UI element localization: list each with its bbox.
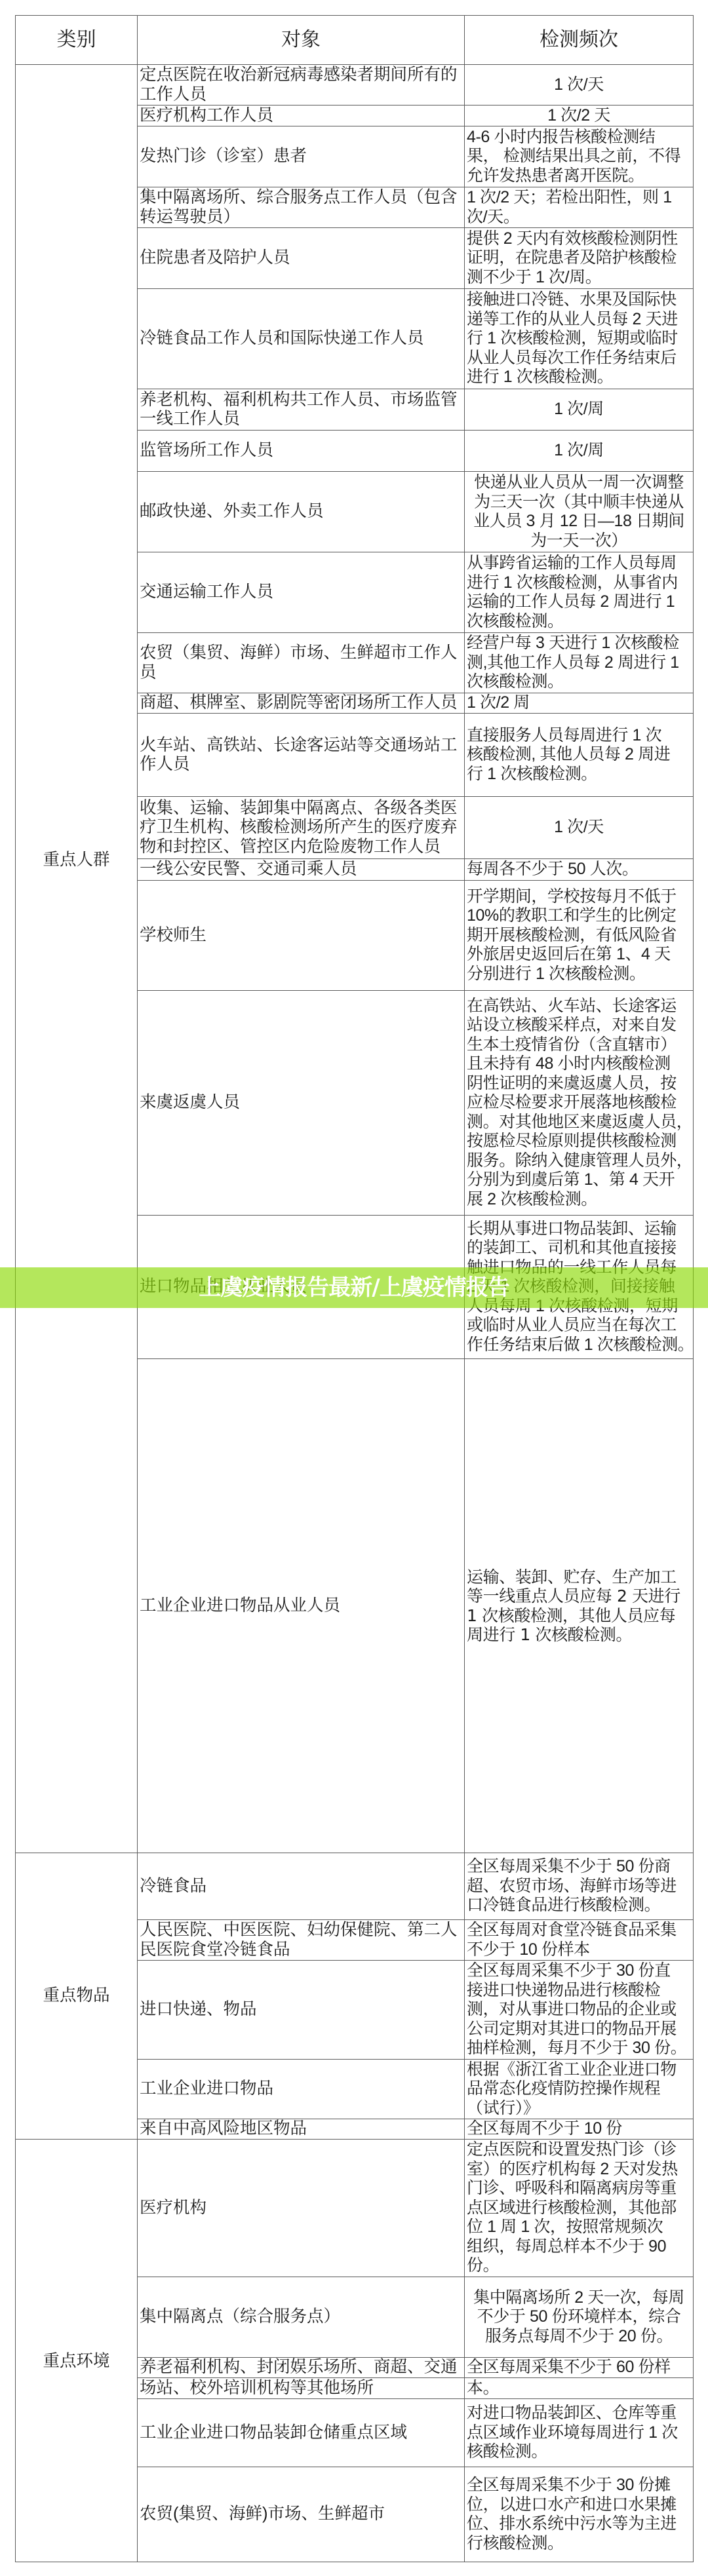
target-cell: 来自中高风险地区物品 — [138, 2119, 465, 2140]
frequency-cell: 开学期间，学校按每月不低于 10%的教职工和学生的比例定 期开展核酸检测，有低风… — [465, 881, 694, 991]
frequency-cell: 每周各不少于 50 人次。 — [465, 859, 694, 881]
frequency-cell: 本。 — [465, 2378, 694, 2399]
header-category: 类别 — [16, 16, 138, 65]
category-cell-key-environments: 重点环境 — [16, 2140, 138, 2562]
target-cell: 养老福利机构、封闭娱乐场所、商超、交通 — [138, 2358, 465, 2378]
frequency-cell: 1 次/周 — [465, 431, 694, 472]
target-cell: 养老机构、福利机构共工作人员、市场监管 一线工作人员 — [138, 389, 465, 431]
target-cell: 农贸（集贸、海鲜）市场、生鲜超市工作人 员 — [138, 633, 465, 693]
target-cell: 火车站、高铁站、长途客运站等交通场站工 作人员 — [138, 714, 465, 797]
frequency-cell: 1 次/天 — [465, 65, 694, 106]
target-cell: 工业企业进口物品装卸仓储重点区域 — [138, 2399, 465, 2467]
watermark-banner: 上虞疫情报告最新/上虞疫情报告 — [0, 1267, 708, 1308]
frequency-cell: 全区每周采集不少于 50 份商 超、农贸市场、海鲜市场等进 口冷链食品进行核酸检… — [465, 1853, 694, 1920]
target-cell: 收集、运输、装卸集中隔离点、各级各类医 疗卫生机构、核酸检测场所产生的医疗废弃 … — [138, 797, 465, 859]
target-cell: 冷链食品 — [138, 1853, 465, 1920]
frequency-cell: 提供 2 天内有效核酸检测阴性 证明，在院患者及陪护核酸检 测不少于 1 次/周… — [465, 228, 694, 289]
frequency-cell: 1 次/2 天 — [465, 106, 694, 126]
target-cell: 农贸(集贸、海鲜)市场、生鲜超市 — [138, 2467, 465, 2562]
frequency-cell: 1 次/2 天；若检出阳性，则 1 次/天。 — [465, 187, 694, 228]
table-row: 重点人群 定点医院在收治新冠病毒感染者期间所有的 工作人员 1 次/天 — [16, 65, 694, 106]
header-target: 对象 — [138, 16, 465, 65]
target-cell: 医疗机构工作人员 — [138, 106, 465, 126]
frequency-cell: 对进口物品装卸区、仓库等重 点区域作业环境每周进行 1 次 核酸检测。 — [465, 2399, 694, 2467]
category-cell-key-items: 重点物品 — [16, 1853, 138, 2140]
frequency-cell: 定点医院和设置发热门诊（诊 室）的医疗机构每 2 天对发热 门诊、呼吸科和隔离病… — [465, 2140, 694, 2277]
target-cell: 住院患者及陪护人员 — [138, 228, 465, 289]
frequency-cell: 接触进口冷链、水果及国际快 递等工作的从业人员每 2 天进 行 1 次核酸检测，… — [465, 289, 694, 389]
target-cell: 集中隔离点（综合服务点） — [138, 2277, 465, 2358]
target-cell: 场站、校外培训机构等其他场所 — [138, 2378, 465, 2399]
target-cell: 医疗机构 — [138, 2140, 465, 2277]
frequency-cell: 快递从业人员从一周一次调整 为三天一次（其中顺丰快递从 业人员 3 月 12 日… — [465, 472, 694, 552]
watermark-banner-text: 上虞疫情报告最新/上虞疫情报告 — [199, 1277, 509, 1299]
category-cell-key-populations: 重点人群 — [16, 65, 138, 1853]
target-cell: 定点医院在收治新冠病毒感染者期间所有的 工作人员 — [138, 65, 465, 106]
target-cell: 来虞返虞人员 — [138, 991, 465, 1216]
table-row: 重点环境 医疗机构 定点医院和设置发热门诊（诊 室）的医疗机构每 2 天对发热 … — [16, 2140, 694, 2277]
target-cell: 人民医院、中医医院、妇幼保健院、第二人 民医院食堂冷链食品 — [138, 1920, 465, 1961]
frequency-cell: 4-6 小时内报告核酸检测结 果， 检测结果出具之前，不得 允许发热患者离开医院… — [465, 126, 694, 187]
frequency-cell: 根据《浙江省工业企业进口物 品常态化疫情防控操作规程 （试行）》 — [465, 2060, 694, 2119]
frequency-cell: 全区每周采集不少于 30 份摊 位，以进口水产和进口水果摊 位、排水系统中污水等… — [465, 2467, 694, 2562]
target-cell: 一线公安民警、交通司乘人员 — [138, 859, 465, 881]
frequency-cell: 1 次/2 周 — [465, 693, 694, 714]
frequency-cell: 直接服务人员每周进行 1 次 核酸检测, 其他人员每 2 周进 行 1 次核酸检… — [465, 714, 694, 797]
frequency-cell: 全区每周不少于 10 份 — [465, 2119, 694, 2140]
table-header-row: 类别 对象 检测频次 — [16, 16, 694, 65]
header-frequency: 检测频次 — [465, 16, 694, 65]
target-cell: 进口快递、物品 — [138, 1961, 465, 2060]
frequency-cell: 1 次/天 — [465, 797, 694, 859]
target-cell: 商超、棋牌室、影剧院等密闭场所工作人员 — [138, 693, 465, 714]
frequency-cell: 集中隔离场所 2 天一次，每周 不少于 50 份环境样本，综合 服务点每周不少于… — [465, 2277, 694, 2358]
frequency-cell: 运输、装卸、贮存、生产加工 等一线重点人员应每 2 天进行 1 次核酸检测，其他… — [465, 1359, 694, 1853]
target-cell: 集中隔离场所、综合服务点工作人员（包含 转运驾驶员） — [138, 187, 465, 228]
target-cell: 学校师生 — [138, 881, 465, 991]
frequency-cell: 全区每周对食堂冷链食品采集 不少于 10 份样本 — [465, 1920, 694, 1961]
frequency-cell: 经营户每 3 天进行 1 次核酸检 测,其他工作人员每 2 周进行 1 次核酸检… — [465, 633, 694, 693]
target-cell: 工业企业进口物品 — [138, 2060, 465, 2119]
frequency-cell: 从事跨省运输的工作人员每周 进行 1 次核酸检测，从事省内 运输的工作人员每 2… — [465, 552, 694, 633]
target-cell: 工业企业进口物品从业人员 — [138, 1359, 465, 1853]
target-cell: 邮政快递、外卖工作人员 — [138, 472, 465, 552]
frequency-cell: 全区每周采集不少于 30 份直 接进口快递物品进行核酸检 测，对从事进口物品的企… — [465, 1961, 694, 2060]
target-cell: 发热门诊（诊室）患者 — [138, 126, 465, 187]
frequency-cell: 1 次/周 — [465, 389, 694, 431]
table-row: 重点物品 冷链食品 全区每周采集不少于 50 份商 超、农贸市场、海鲜市场等进 … — [16, 1853, 694, 1920]
target-cell: 交通运输工作人员 — [138, 552, 465, 633]
target-cell: 冷链食品工作人员和国际快递工作人员 — [138, 289, 465, 389]
target-cell: 监管场所工作人员 — [138, 431, 465, 472]
frequency-cell: 在高铁站、火车站、长途客运 站设立核酸采样点，对来自发 生本土疫情省份（含直辖市… — [465, 991, 694, 1216]
frequency-cell: 全区每周采集不少于 60 份样 — [465, 2358, 694, 2378]
